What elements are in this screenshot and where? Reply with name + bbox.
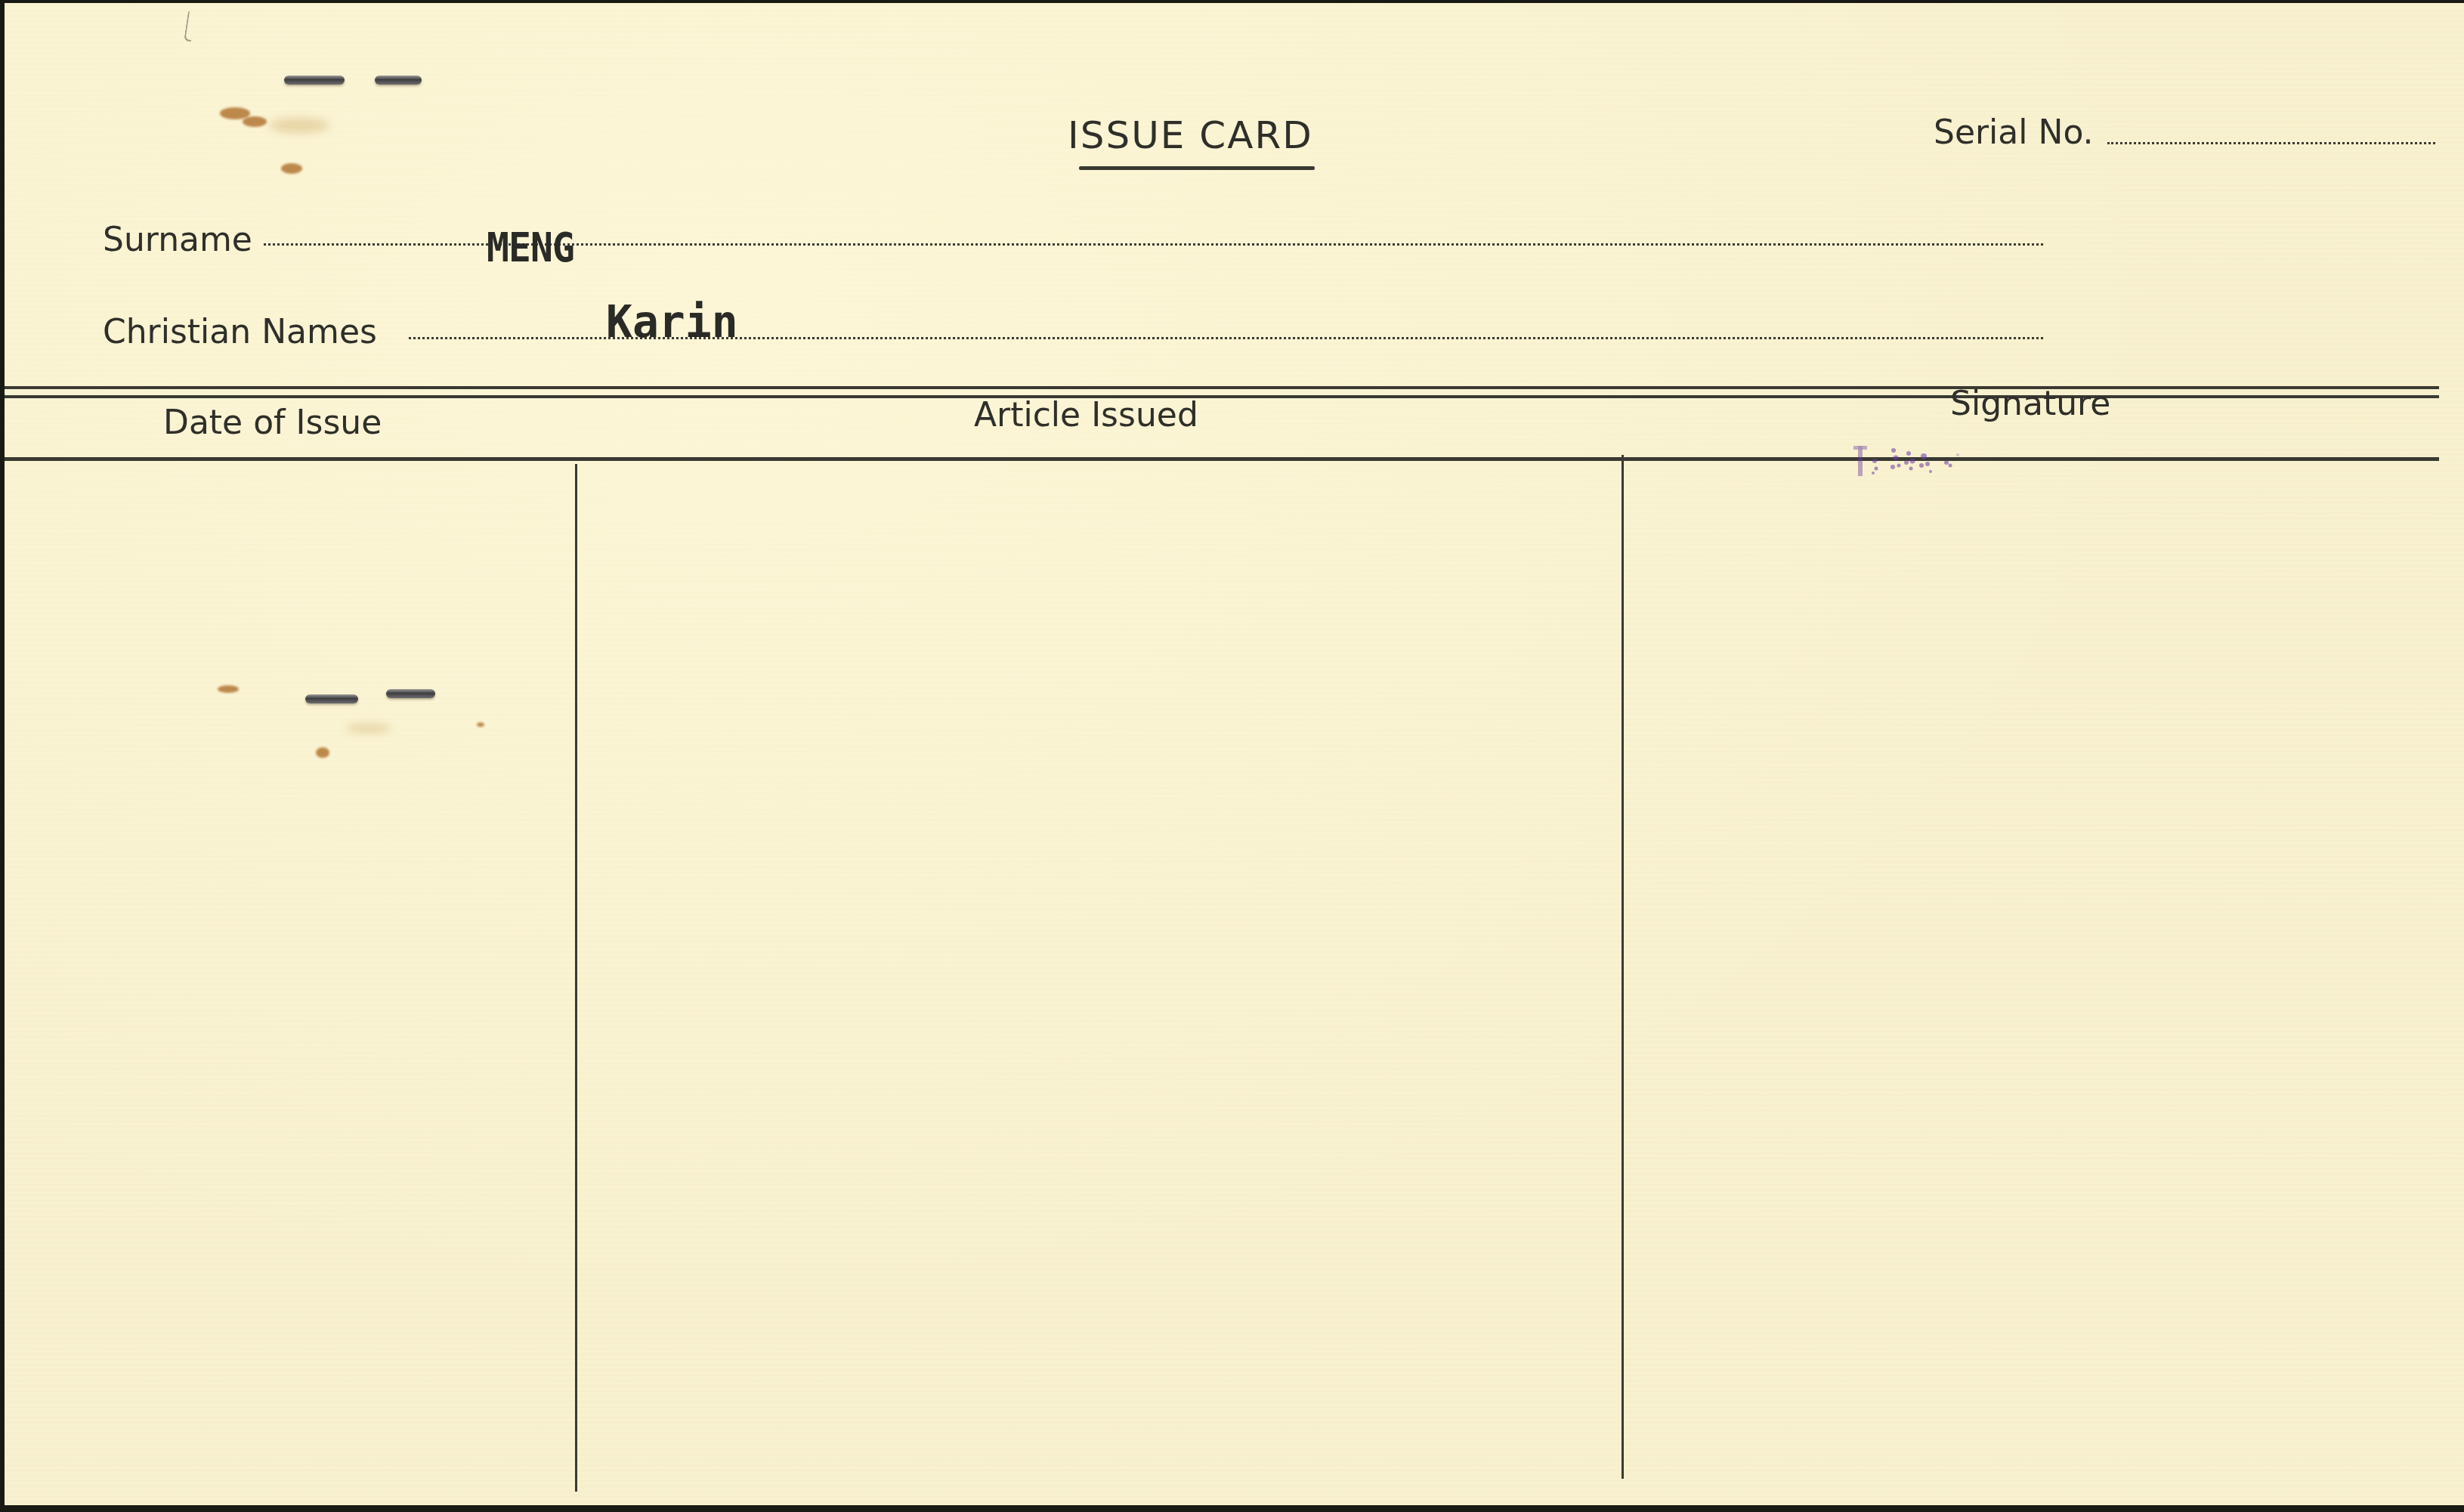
christian-names-label: Christian Names: [103, 313, 377, 351]
column-header-signature: Signature: [1950, 385, 2110, 423]
stamp-impression-icon: [1852, 443, 1980, 488]
rust-stain: [243, 116, 267, 127]
issue-card: ISSUE CARD Serial No. Surname MENG Chris…: [5, 3, 2464, 1508]
serial-number-label: Serial No.: [1934, 113, 2094, 152]
column-header-article-issued: Article Issued: [974, 396, 1198, 434]
column-header-date-of-issue: Date of Issue: [163, 404, 382, 442]
rust-stain: [269, 118, 329, 133]
signature-column[interactable]: [1624, 462, 2464, 1505]
column-header-rule: [5, 457, 2439, 461]
date-of-issue-column[interactable]: [5, 462, 575, 1505]
serial-number-field[interactable]: [2107, 142, 2435, 144]
christian-names-value: Karin: [606, 296, 738, 348]
article-issued-column[interactable]: [577, 462, 1622, 1505]
card-bottom-edge: [5, 1505, 2464, 1508]
staple-top-left-2: [375, 76, 422, 85]
rust-stain: [281, 163, 302, 174]
surname-label: Surname: [103, 221, 252, 259]
title-underline: [1079, 166, 1315, 170]
pencil-check-mark: [184, 10, 196, 42]
ink-stamp-mark: [1852, 443, 1980, 495]
card-title: ISSUE CARD: [1068, 113, 1313, 157]
surname-value: MENG: [487, 224, 574, 271]
staple-top-left-1: [284, 76, 345, 85]
